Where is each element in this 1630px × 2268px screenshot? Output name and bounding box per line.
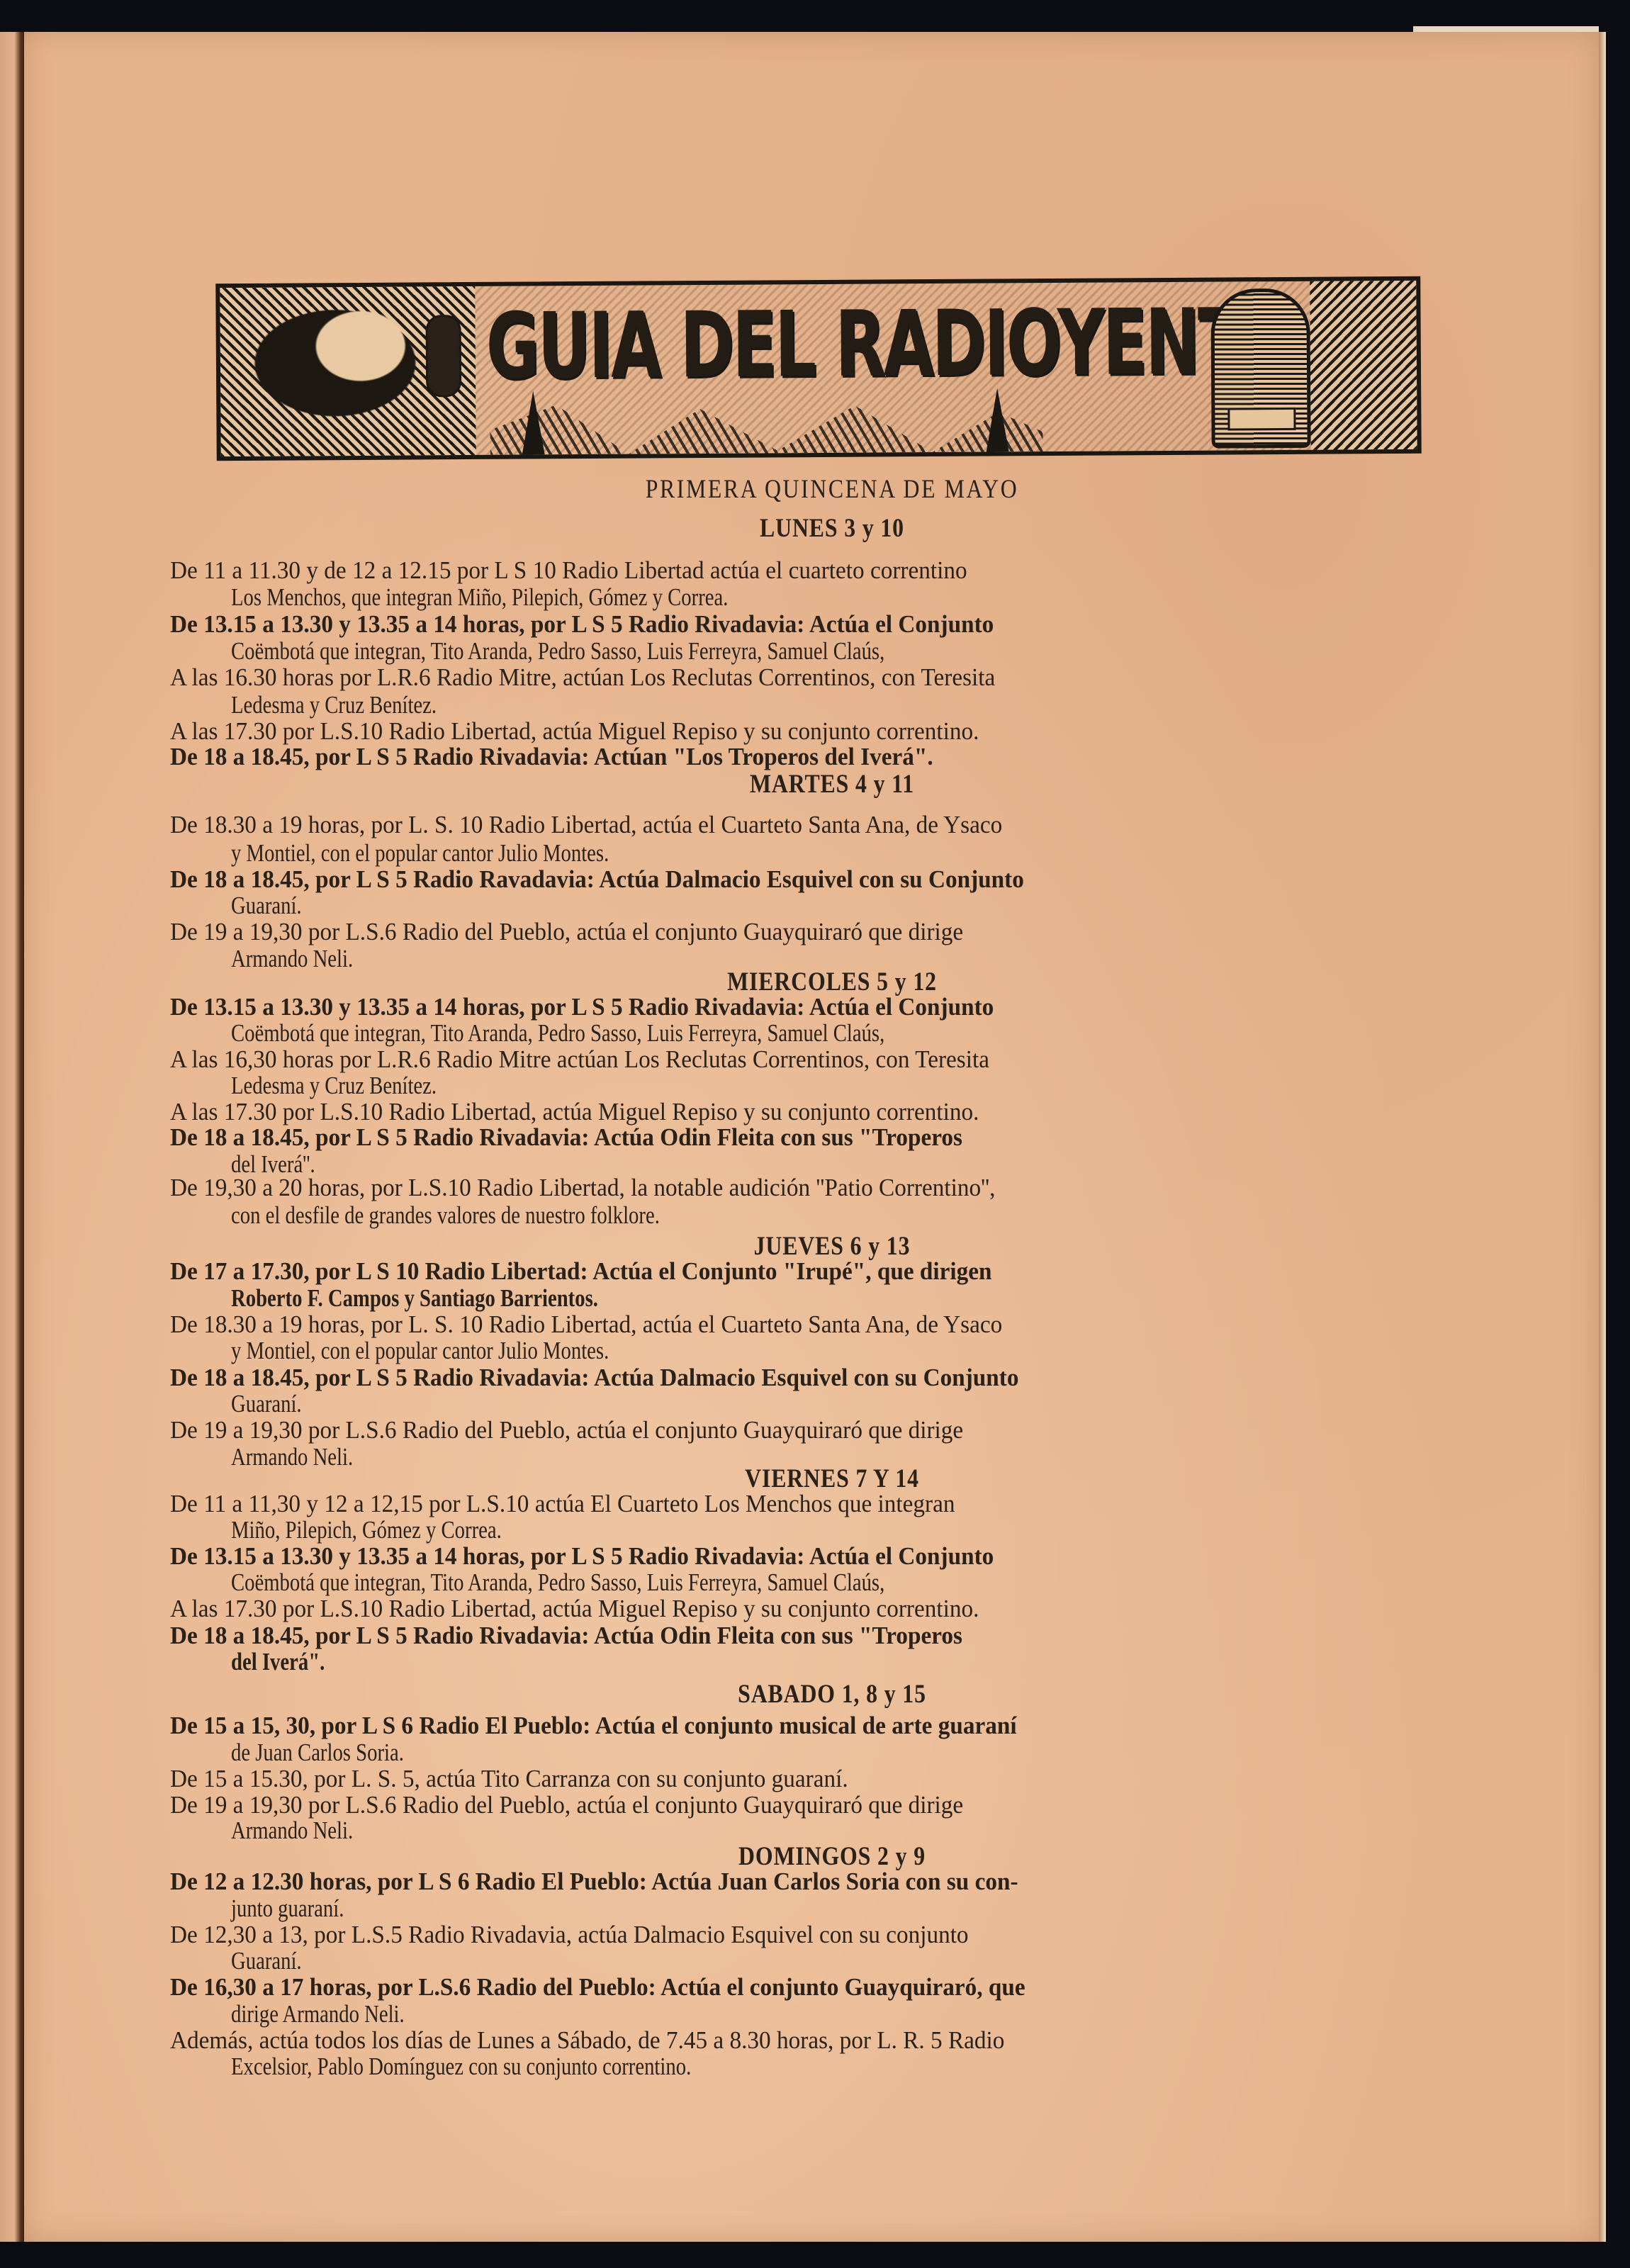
schedule-entry-line: A las 16,30 horas por L.R.6 Radio Mitre …: [170, 1047, 989, 1072]
schedule-entry-line: Además, actúa todos los días de Lunes a …: [170, 2028, 1004, 2053]
schedule-entry-line: De 12 a 12.30 horas, por L S 6 Radio El …: [170, 1869, 1018, 1894]
schedule-body: PRIMERA QUINCENA DE MAYO LUNES 3 y 10De …: [24, 32, 1599, 2242]
schedule-entry-line: De 18 a 18.45, por L S 5 Radio Ravadavia…: [170, 867, 1024, 892]
schedule-entry-line: De 18 a 18.45, por L S 5 Radio Rivadavia…: [170, 744, 933, 769]
schedule-entry-line: De 19 a 19,30 por L.S.6 Radio del Pueblo…: [170, 1417, 963, 1442]
schedule-entry-line: A las 17.30 por L.S.10 Radio Libertad, a…: [170, 1099, 979, 1124]
schedule-continuation-line: del Iverá''.: [231, 1152, 315, 1177]
schedule-continuation-line: Ledesma y Cruz Benítez.: [231, 692, 437, 717]
schedule-continuation-line: Guaraní.: [231, 1948, 302, 1973]
schedule-entry-line: De 18.30 a 19 horas, por L. S. 10 Radio …: [170, 812, 1002, 837]
schedule-continuation-line: Armando Neli.: [231, 1444, 353, 1469]
schedule-entry-line: A las 16.30 horas por L.R.6 Radio Mitre,…: [170, 665, 995, 690]
schedule-entry-line: De 18 a 18.45, por L S 5 Radio Rivadavia…: [170, 1365, 1018, 1390]
schedule-entry-line: A las 17.30 por L.S.10 Radio Libertad, a…: [170, 719, 979, 743]
schedule-continuation-line: y Montiel, con el popular cantor Julio M…: [231, 841, 609, 865]
schedule-continuation-line: Guaraní.: [231, 893, 302, 918]
page-edge: [1599, 32, 1606, 2242]
schedule-continuation-line: con el desfile de grandes valores de nue…: [231, 1203, 660, 1228]
schedule-continuation-line: Coëmbotá que integran, Tito Aranda, Pedr…: [231, 639, 884, 663]
schedule-entry-line: De 15 a 15, 30, por L S 6 Radio El Puebl…: [170, 1713, 1017, 1738]
schedule-entry-line: De 18 a 18.45, por L S 5 Radio Rivadavia…: [170, 1623, 962, 1648]
schedule-continuation-line: del Iverá".: [231, 1649, 325, 1674]
schedule-continuation-line: Guaraní.: [231, 1391, 302, 1416]
schedule-entry-line: De 13.15 a 13.30 y 13.35 a 14 horas, por…: [170, 612, 994, 636]
day-heading: VIERNES 7 Y 14: [745, 1466, 919, 1492]
schedule-entry-line: De 15 a 15.30, por L. S. 5, actúa Tito C…: [170, 1766, 848, 1791]
schedule-entry-line: De 13.15 a 13.30 y 13.35 a 14 horas, por…: [170, 994, 994, 1019]
schedule-continuation-line: Armando Neli.: [231, 946, 353, 971]
page-top-edge: [1413, 26, 1599, 32]
schedule-entry-line: De 18.30 a 19 horas, por L. S. 10 Radio …: [170, 1312, 1002, 1337]
schedule-entry-line: De 16,30 a 17 horas, por L.S.6 Radio del…: [170, 1975, 1025, 1999]
day-heading: LUNES 3 y 10: [760, 515, 904, 541]
schedule-continuation-line: de Juan Carlos Soria.: [231, 1740, 404, 1765]
day-heading: DOMINGOS 2 y 9: [738, 1843, 926, 1870]
schedule-entry-line: De 19 a 19,30 por L.S.6 Radio del Pueblo…: [170, 919, 963, 944]
schedule-continuation-line: Ledesma y Cruz Benítez.: [231, 1073, 437, 1098]
schedule-continuation-line: junto guaraní.: [231, 1896, 344, 1921]
schedule-continuation-line: Coëmbotá que integran, Tito Aranda, Pedr…: [231, 1021, 884, 1045]
schedule-continuation-line: y Montiel, con el popular cantor Julio M…: [231, 1338, 609, 1363]
schedule-entry-line: De 13.15 a 13.30 y 13.35 a 14 horas, por…: [170, 1544, 994, 1568]
page-subtitle: PRIMERA QUINCENA DE MAYO: [646, 476, 1019, 503]
schedule-continuation-line: Los Menchos, que integran Miño, Pilepich…: [231, 585, 728, 610]
schedule-continuation-line: Armando Neli.: [231, 1818, 353, 1843]
schedule-entry-line: De 12,30 a 13, por L.S.5 Radio Rivadavia…: [170, 1922, 969, 1947]
schedule-continuation-line: Excelsior, Pablo Domínguez con su conjun…: [231, 2054, 691, 2079]
schedule-entry-line: De 19 a 19,30 por L.S.6 Radio del Pueblo…: [170, 1792, 963, 1817]
schedule-continuation-line: Miño, Pilepich, Gómez y Correa.: [231, 1517, 502, 1542]
schedule-entry-line: De 11 a 11.30 y de 12 a 12.15 por L S 10…: [170, 558, 967, 583]
book-spine: [0, 32, 24, 2242]
day-heading: SABADO 1, 8 y 15: [738, 1681, 926, 1707]
schedule-continuation-line: Coëmbotá que integran, Tito Aranda, Pedr…: [231, 1570, 884, 1595]
day-heading: JUEVES 6 y 13: [754, 1233, 911, 1259]
schedule-entry-line: De 18 a 18.45, por L S 5 Radio Rivadavia…: [170, 1125, 962, 1150]
schedule-entry-line: De 11 a 11,30 y 12 a 12,15 por L.S.10 ac…: [170, 1491, 955, 1516]
magazine-page: GUIA DEL RADIOYENTE PRIMERA QUINCENA DE …: [24, 32, 1599, 2242]
day-heading: MIERCOLES 5 y 12: [727, 969, 937, 995]
day-heading: MARTES 4 y 11: [750, 771, 914, 797]
schedule-entry-line: De 17 a 17.30, por L S 10 Radio Libertad…: [170, 1259, 992, 1284]
schedule-entry-line: De 19,30 a 20 horas, por L.S.10 Radio Li…: [170, 1175, 995, 1200]
schedule-continuation-line: dirige Armando Neli.: [231, 2002, 405, 2026]
schedule-entry-line: A las 17.30 por L.S.10 Radio Libertad, a…: [170, 1596, 979, 1621]
schedule-continuation-line: Roberto F. Campos y Santiago Barrientos.: [231, 1286, 598, 1310]
